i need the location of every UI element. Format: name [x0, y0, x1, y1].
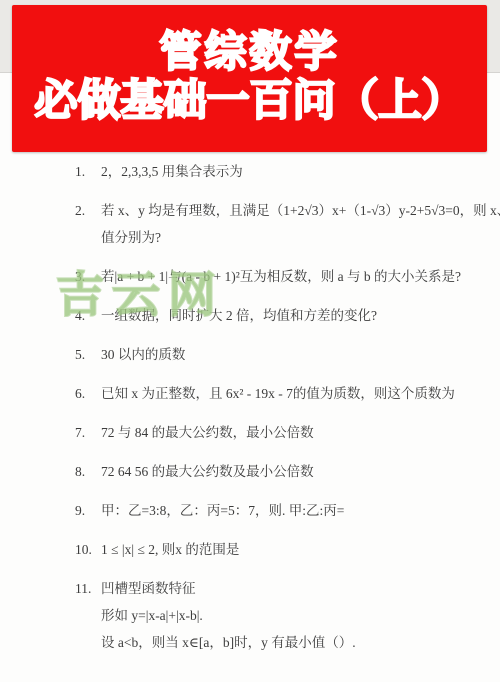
question-text: 一组数据，同时扩大 2 倍，均值和方差的变化? — [101, 302, 475, 329]
question-9-line-1: 甲：乙=3:8，乙：丙=5：7，则. 甲:乙:丙= — [101, 497, 475, 524]
banner-title-line1: 管综数学 — [159, 29, 339, 75]
question-number: 10. — [75, 536, 101, 563]
question-4-line-1: 一组数据，同时扩大 2 倍，均值和方差的变化? — [101, 302, 475, 329]
question-number: 11. — [75, 575, 101, 602]
question-number: 2. — [75, 197, 101, 224]
question-list: 1. 2，2,3,3,5 用集合表示为 2. 若 x、y 均是有理数，且满足（1… — [75, 158, 475, 656]
question-number: 1. — [75, 158, 101, 185]
question-number: 8. — [75, 458, 101, 485]
question-number: 3. — [75, 263, 101, 290]
question-item: 9. 甲：乙=3:8，乙：丙=5：7，则. 甲:乙:丙= — [75, 497, 475, 524]
question-item: 4. 一组数据，同时扩大 2 倍，均值和方差的变化? — [75, 302, 475, 329]
question-number: 5. — [75, 341, 101, 368]
question-item: 6. 已知 x 为正整数，且 6x² - 19x - 7的值为质数，则这个质数为 — [75, 380, 475, 407]
question-11-line-3: 设 a<b，则当 x∈[a，b]时，y 有最小值（）. — [101, 629, 475, 656]
question-number: 9. — [75, 497, 101, 524]
question-text: 若 x、y 均是有理数，且满足（1+2√3）x+（1-√3）y-2+5√3=0，… — [101, 197, 500, 251]
question-10-line-1: 1 ≤ |x| ≤ 2, 则x 的范围是 — [101, 536, 475, 563]
worksheet-page: 管综数学 必做基础一百问（上） 1. 2，2,3,3,5 用集合表示为 2. 若… — [0, 0, 500, 682]
banner-title-line2: 必做基础一百问（上） — [35, 75, 465, 129]
question-2-line-2: 值分别为? — [101, 224, 500, 251]
question-item: 1. 2，2,3,3,5 用集合表示为 — [75, 158, 475, 185]
question-number: 4. — [75, 302, 101, 329]
question-item: 10. 1 ≤ |x| ≤ 2, 则x 的范围是 — [75, 536, 475, 563]
question-number: 6. — [75, 380, 101, 407]
question-3-line-1: 若|a + b + 1|与(a - b + 1)²互为相反数，则 a 与 b 的… — [101, 263, 475, 290]
question-number: 7. — [75, 419, 101, 446]
question-8-line-1: 72 64 56 的最大公约数及最小公倍数 — [101, 458, 475, 485]
question-text: 1 ≤ |x| ≤ 2, 则x 的范围是 — [101, 536, 475, 563]
question-text: 已知 x 为正整数，且 6x² - 19x - 7的值为质数，则这个质数为 — [101, 380, 475, 407]
question-11-line-1: 凹槽型函数特征 — [101, 575, 475, 602]
question-11-line-2: 形如 y=|x-a|+|x-b|. — [101, 602, 475, 629]
question-sheet: 1. 2，2,3,3,5 用集合表示为 2. 若 x、y 均是有理数，且满足（1… — [75, 158, 475, 668]
question-item: 11. 凹槽型函数特征形如 y=|x-a|+|x-b|.设 a<b，则当 x∈[… — [75, 575, 475, 656]
question-text: 30 以内的质数 — [101, 341, 475, 368]
question-text: 72 64 56 的最大公约数及最小公倍数 — [101, 458, 475, 485]
question-5-line-1: 30 以内的质数 — [101, 341, 475, 368]
question-item: 2. 若 x、y 均是有理数，且满足（1+2√3）x+（1-√3）y-2+5√3… — [75, 197, 475, 251]
question-text: 凹槽型函数特征形如 y=|x-a|+|x-b|.设 a<b，则当 x∈[a，b]… — [101, 575, 475, 656]
question-item: 5. 30 以内的质数 — [75, 341, 475, 368]
title-banner: 管综数学 必做基础一百问（上） — [12, 5, 487, 152]
question-1-line-1: 2，2,3,3,5 用集合表示为 — [101, 158, 475, 185]
question-text: 若|a + b + 1|与(a - b + 1)²互为相反数，则 a 与 b 的… — [101, 263, 475, 290]
question-7-line-1: 72 与 84 的最大公约数，最小公倍数 — [101, 419, 475, 446]
question-2-line-1: 若 x、y 均是有理数，且满足（1+2√3）x+（1-√3）y-2+5√3=0，… — [101, 197, 500, 224]
question-text: 72 与 84 的最大公约数，最小公倍数 — [101, 419, 475, 446]
question-item: 7. 72 与 84 的最大公约数，最小公倍数 — [75, 419, 475, 446]
question-item: 8. 72 64 56 的最大公约数及最小公倍数 — [75, 458, 475, 485]
question-text: 2，2,3,3,5 用集合表示为 — [101, 158, 475, 185]
question-item: 3. 若|a + b + 1|与(a - b + 1)²互为相反数，则 a 与 … — [75, 263, 475, 290]
question-6-line-1: 已知 x 为正整数，且 6x² - 19x - 7的值为质数，则这个质数为 — [101, 380, 475, 407]
question-text: 甲：乙=3:8，乙：丙=5：7，则. 甲:乙:丙= — [101, 497, 475, 524]
